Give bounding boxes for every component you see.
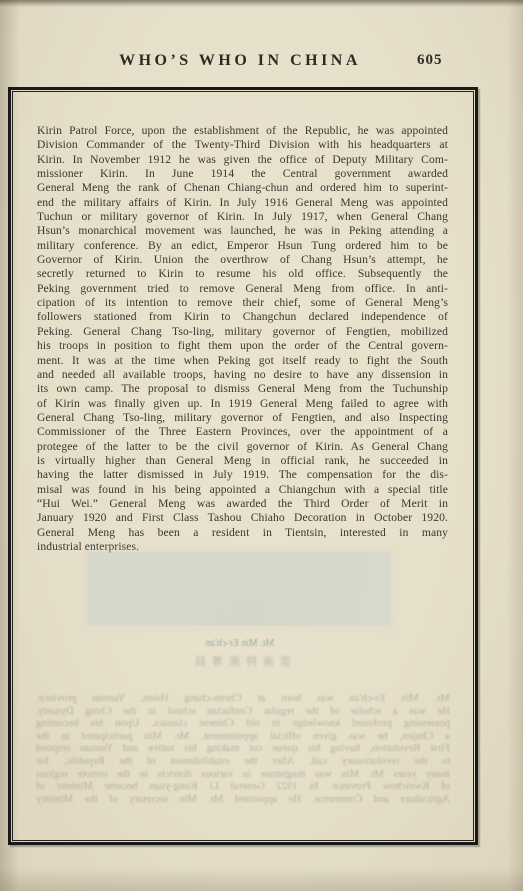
text-line: Governor of Kirin. Union the overthrow o… <box>37 253 448 267</box>
bleed-through-line: Agriculture and Commerce. He appointed M… <box>36 793 450 806</box>
text-line: General Meng has been a resident in Tien… <box>37 526 448 540</box>
text-line: cipation of its intention to remove thei… <box>37 296 448 310</box>
text-line: Peking government tried to remove Genera… <box>37 282 448 296</box>
photo-bleed-through <box>88 552 390 625</box>
text-line: his troops in position to fight them upo… <box>37 339 448 353</box>
text-line: General Meng the rank of Chenan Chiang-c… <box>37 181 448 195</box>
page-number: 605 <box>417 52 443 69</box>
running-header: WHO’S WHO IN CHINA <box>0 52 480 70</box>
text-line: military conference. By an edict, Empero… <box>37 239 448 253</box>
bleed-through-caption: Mr. Min Er-ch'an <box>0 638 480 649</box>
text-line: misal was found in his being appointed a… <box>37 483 448 497</box>
book-page-scan: WHO’S WHO IN CHINA 605 Kirin Patrol Forc… <box>0 0 523 891</box>
text-line: its own camp. The proposal to dismiss Ge… <box>37 382 448 396</box>
bleed-through-line: Mr. Min Er-ch'an was born at Chenn-chang… <box>36 692 450 705</box>
bleed-through-line: to the revolutionary call. After the est… <box>36 755 450 768</box>
text-line: missioner Kirin. In June 1914 the Centra… <box>37 167 448 181</box>
text-line: ment. It was at the time when Peking got… <box>37 354 448 368</box>
text-line: secretly returned to Kirin to resume his… <box>37 267 448 281</box>
text-line: is virtually higher than General Meng in… <box>37 454 448 468</box>
bleed-through-line: First Revolution, having his queue cut m… <box>36 742 450 755</box>
text-line: of Kirin was finally given up. In 1919 G… <box>37 397 448 411</box>
bleed-through-line: a Chujen, he was given official appointm… <box>36 730 450 743</box>
text-line: protegee of the latter to be the civil g… <box>37 440 448 454</box>
biography-text: Kirin Patrol Force, upon the establishme… <box>37 124 448 554</box>
bleed-through-paragraph: Mr. Min Er-ch'an was born at Chenn-chang… <box>36 692 450 805</box>
text-line: “Hui Wei.” General Meng was awarded the … <box>37 497 448 511</box>
bleed-through-line: of Kweichow Province. In 1922 General Li… <box>36 780 450 793</box>
bleed-through-caption-cjk: 雲南特派專員 <box>0 653 480 669</box>
text-line: Kirin Patrol Force, upon the establishme… <box>37 124 448 138</box>
text-line: Tuchun or military governor of Kirin. In… <box>37 210 448 224</box>
bleed-through-line: He was a scholar of the regular Confucia… <box>36 705 450 718</box>
text-line: having the latter dismissed in July 1919… <box>37 468 448 482</box>
text-line: Hsun’s monarchical movement was launched… <box>37 224 448 238</box>
text-line: Division Commander of the Twenty-Third D… <box>37 138 448 152</box>
text-line: followers stationed from Kirin to Changc… <box>37 310 448 324</box>
text-line: General Chang Tso-ling, military governo… <box>37 411 448 425</box>
text-line: and needed all available troops, having … <box>37 368 448 382</box>
text-line: January 1920 and First Class Tashou Chia… <box>37 511 448 525</box>
text-line: end the military affairs of Kirin. In Ju… <box>37 196 448 210</box>
text-line: Kirin. In November 1912 he was given the… <box>37 153 448 167</box>
bleed-through-line: possessing profound knowledge in old Chi… <box>36 717 450 730</box>
text-line: Commissioner of the Three Eastern Provin… <box>37 425 448 439</box>
text-line: Peking. General Chang Tso-ling, military… <box>37 325 448 339</box>
bleed-through-line: many years Mr. Min was magistrate in var… <box>36 768 450 781</box>
